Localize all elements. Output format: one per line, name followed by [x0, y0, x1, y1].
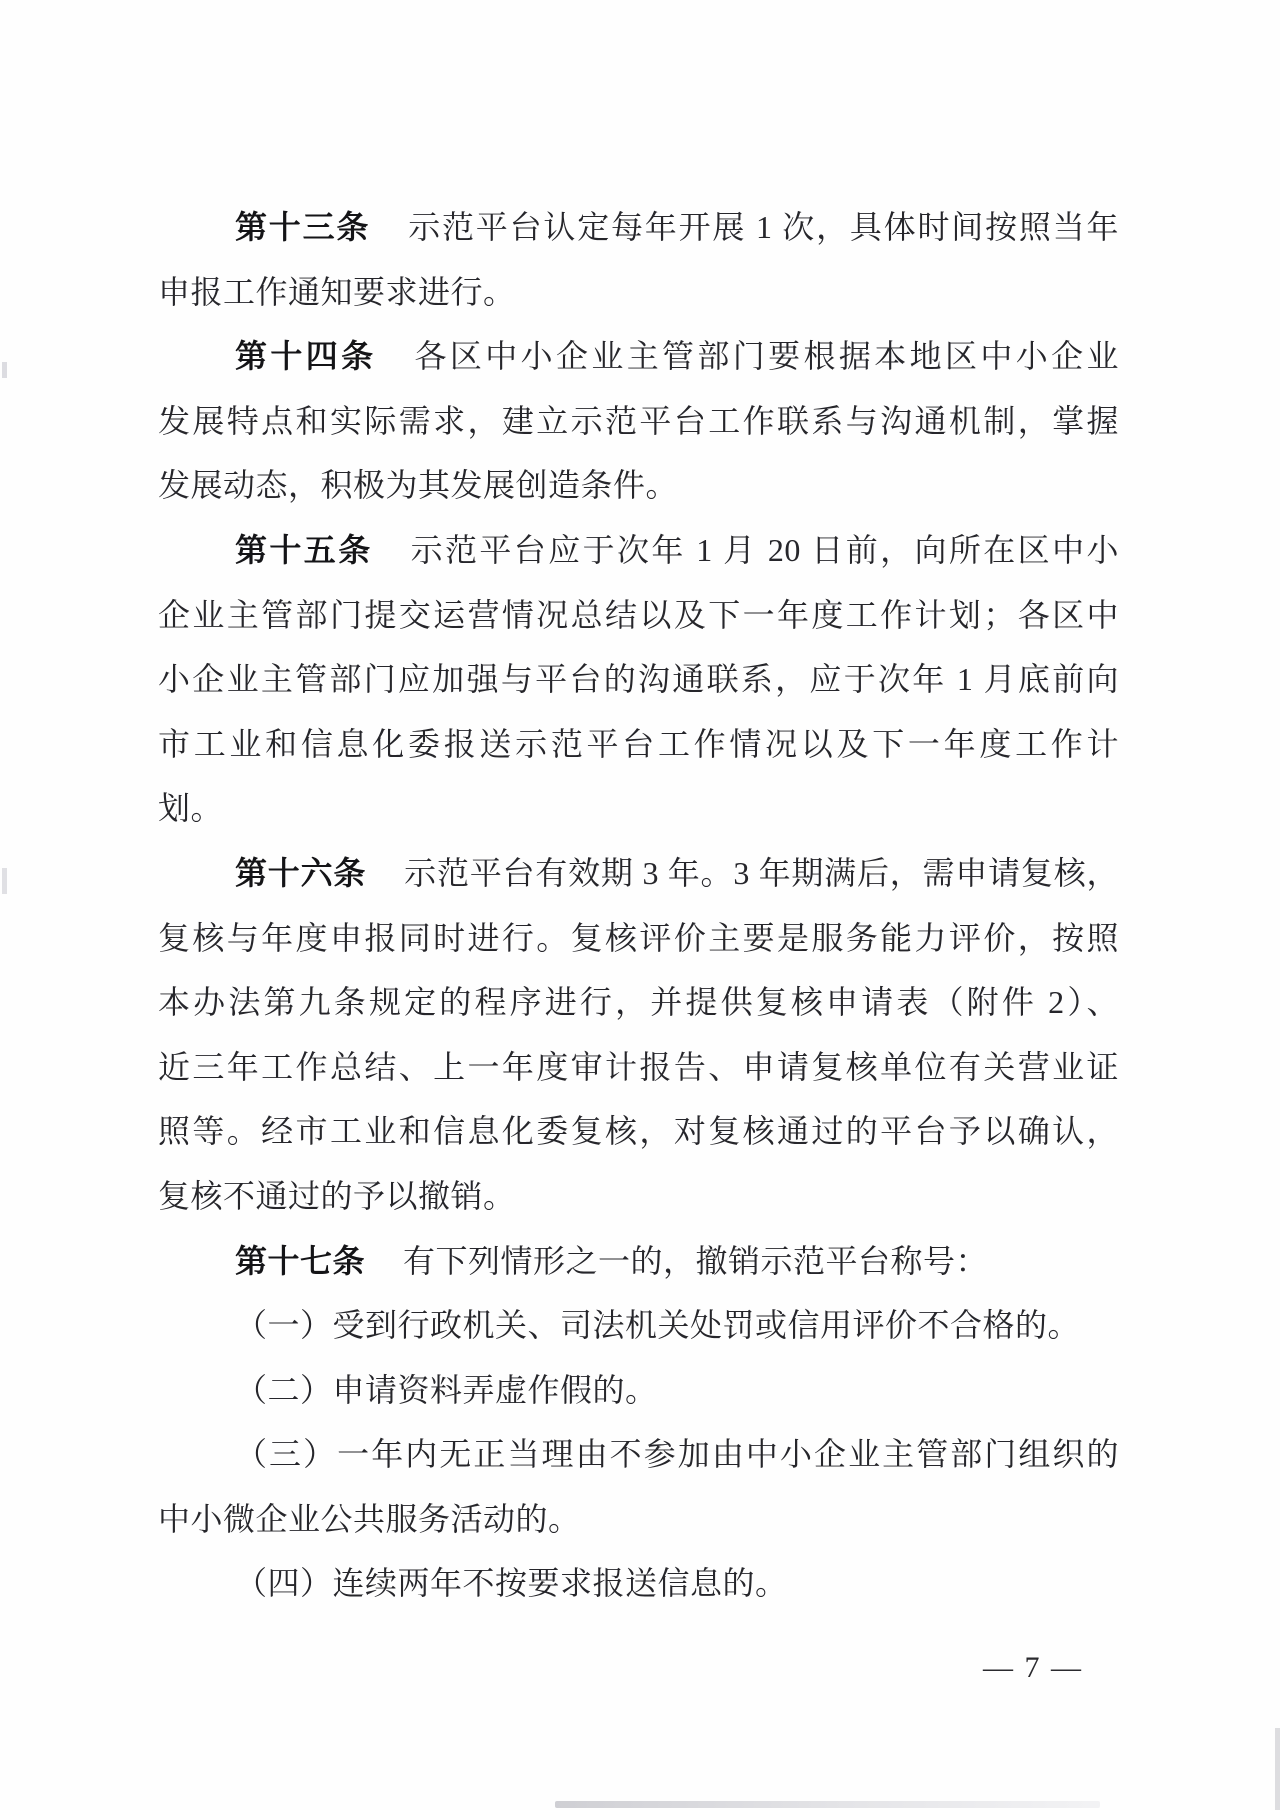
doc-line: （一）受到行政机关、司法机关处罚或信用评价不合格的。 — [235, 1293, 1119, 1358]
doc-line-text: 复核不通过的予以撤销。 — [158, 1178, 516, 1214]
doc-line: （四）连续两年不按要求报送信息的。 — [235, 1551, 1119, 1616]
scan-artifact-bottom — [555, 1801, 1100, 1808]
doc-line: 复核与年度申报同时进行。复核评价主要是服务能力评价，按照 — [158, 906, 1119, 971]
doc-line: （三）一年内无正当理由不参加由中小企业主管部门组织的 — [235, 1422, 1119, 1487]
scan-artifact-right-edge — [1275, 1728, 1280, 1810]
article-number: 第十四条 — [235, 338, 376, 374]
doc-line-text: 发展特点和实际需求，建立示范平台工作联系与沟通机制，掌握 — [158, 403, 1119, 439]
doc-line-text: 有下列情形之一的，撤销示范平台称号： — [403, 1243, 988, 1279]
doc-line-text: 近三年工作总结、上一年度审计报告、申请复核单位有关营业证 — [158, 1049, 1119, 1085]
doc-line: 第十六条示范平台有效期 3 年。3 年期满后，需申请复核， — [235, 841, 1119, 906]
document-page: 第十三条示范平台认定每年开展 1 次，具体时间按照当年 申报工作通知要求进行。 … — [0, 0, 1280, 1810]
doc-line-text: 申报工作通知要求进行。 — [158, 274, 516, 310]
doc-line-text: 划。 — [158, 790, 223, 826]
page-number: — 7 — — [983, 1645, 1103, 1691]
article-number: 第十六条 — [235, 855, 366, 891]
doc-line-text: 各区中小企业主管部门要根据本地区中小企业 — [414, 338, 1119, 374]
doc-line: 第十五条示范平台应于次年 1 月 20 日前，向所在区中小 — [235, 518, 1119, 583]
article-number: 第十三条 — [235, 209, 370, 245]
scan-artifact-left-mark — [2, 362, 7, 378]
doc-line: 划。 — [158, 776, 1119, 841]
doc-line-text: 市工业和信息化委报送示范平台工作情况以及下一年度工作计 — [158, 726, 1119, 762]
doc-line-text: （四）连续两年不按要求报送信息的。 — [235, 1565, 788, 1601]
doc-line-text: 示范平台认定每年开展 1 次，具体时间按照当年 — [408, 209, 1119, 245]
doc-line-text: 复核与年度申报同时进行。复核评价主要是服务能力评价，按照 — [158, 920, 1119, 956]
doc-line: 第十七条有下列情形之一的，撤销示范平台称号： — [235, 1229, 1119, 1294]
doc-line: 企业主管部门提交运营情况总结以及下一年度工作计划；各区中 — [158, 583, 1119, 648]
doc-line: 小企业主管部门应加强与平台的沟通联系，应于次年 1 月底前向 — [158, 647, 1119, 712]
doc-line-text: 小企业主管部门应加强与平台的沟通联系，应于次年 1 月底前向 — [158, 661, 1119, 697]
doc-line-text: 发展动态，积极为其发展创造条件。 — [158, 467, 678, 503]
doc-line-text: 企业主管部门提交运营情况总结以及下一年度工作计划；各区中 — [158, 597, 1119, 633]
document-body: 第十三条示范平台认定每年开展 1 次，具体时间按照当年 申报工作通知要求进行。 … — [158, 195, 1119, 1616]
doc-line: 复核不通过的予以撤销。 — [158, 1164, 1119, 1229]
article-number: 第十五条 — [235, 532, 373, 568]
article-number: 第十七条 — [235, 1243, 365, 1279]
doc-line-text: （二）申请资料弄虚作假的。 — [235, 1372, 658, 1408]
doc-line-text: 示范平台有效期 3 年。3 年期满后，需申请复核， — [404, 855, 1119, 891]
doc-line-text: 照等。经市工业和信息化委复核，对复核通过的平台予以确认， — [158, 1113, 1119, 1149]
doc-line: 中小微企业公共服务活动的。 — [158, 1487, 1119, 1552]
doc-line: 第十四条各区中小企业主管部门要根据本地区中小企业 — [235, 324, 1119, 389]
doc-line: 发展特点和实际需求，建立示范平台工作联系与沟通机制，掌握 — [158, 389, 1119, 454]
doc-line-text: （三）一年内无正当理由不参加由中小企业主管部门组织的 — [235, 1436, 1119, 1472]
doc-line: （二）申请资料弄虚作假的。 — [235, 1358, 1119, 1423]
doc-line: 市工业和信息化委报送示范平台工作情况以及下一年度工作计 — [158, 712, 1119, 777]
doc-line: 第十三条示范平台认定每年开展 1 次，具体时间按照当年 — [235, 195, 1119, 260]
doc-line-text: 示范平台应于次年 1 月 20 日前，向所在区中小 — [411, 532, 1119, 568]
doc-line: 申报工作通知要求进行。 — [158, 260, 1119, 325]
doc-line-text: （一）受到行政机关、司法机关处罚或信用评价不合格的。 — [235, 1307, 1080, 1343]
doc-line: 本办法第九条规定的程序进行，并提供复核申请表（附件 2）、 — [158, 970, 1119, 1035]
doc-line-text: 本办法第九条规定的程序进行，并提供复核申请表（附件 2）、 — [158, 984, 1119, 1020]
doc-line: 发展动态，积极为其发展创造条件。 — [158, 453, 1119, 518]
doc-line-text: 中小微企业公共服务活动的。 — [158, 1501, 581, 1537]
doc-line: 照等。经市工业和信息化委复核，对复核通过的平台予以确认， — [158, 1099, 1119, 1164]
scan-artifact-left-mark — [2, 868, 7, 894]
doc-line: 近三年工作总结、上一年度审计报告、申请复核单位有关营业证 — [158, 1035, 1119, 1100]
